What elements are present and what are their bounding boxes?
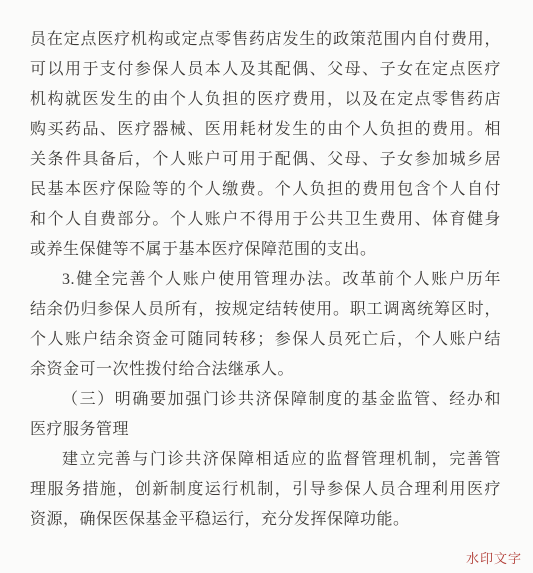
text-line: 员在定点医疗机构或定点零售药店发生的政策范围内自付费用，: [30, 25, 501, 55]
text-line: 和个人自费部分。个人账户不得用于公共卫生费用、体育健身: [30, 205, 501, 235]
text-line: 可以用于支付参保人员本人及其配偶、父母、子女在定点医疗: [30, 55, 501, 85]
text-line: 余资金可一次性拨付给合法继承人。: [30, 355, 501, 385]
text-line: 或养生保健等不属于基本医疗保障范围的支出。: [30, 235, 501, 265]
watermark-text: 水印文字: [466, 551, 522, 567]
text-line: 结余仍归参保人员所有，按规定结转使用。职工调离统筹区时，: [30, 295, 501, 325]
text-line: 个人账户结余资金可随同转移；参保人员死亡后，个人账户结: [30, 325, 501, 355]
text-line: 建立完善与门诊共济保障相适应的监督管理机制，完善管: [30, 445, 501, 475]
text-line: 民基本医疗保险等的个人缴费。个人负担的费用包含个人自付: [30, 175, 501, 205]
text-line: （三）明确要加强门诊共济保障制度的基金监管、经办和: [30, 385, 501, 415]
document-body: 员在定点医疗机构或定点零售药店发生的政策范围内自付费用，可以用于支付参保人员本人…: [30, 25, 501, 535]
text-line: 3.健全完善个人账户使用管理办法。改革前个人账户历年: [30, 265, 501, 295]
text-line: 理服务措施，创新制度运行机制，引导参保人员合理利用医疗: [30, 475, 501, 505]
scanned-document-page: 员在定点医疗机构或定点零售药店发生的政策范围内自付费用，可以用于支付参保人员本人…: [0, 0, 533, 573]
text-line: 机构就医发生的由个人负担的医疗费用，以及在定点零售药店: [30, 85, 501, 115]
text-line: 关条件具备后，个人账户可用于配偶、父母、子女参加城乡居: [30, 145, 501, 175]
text-line: 购买药品、医疗器械、医用耗材发生的由个人负担的费用。相: [30, 115, 501, 145]
text-line: 资源，确保医保基金平稳运行，充分发挥保障功能。: [30, 505, 501, 535]
text-line: 医疗服务管理: [30, 415, 501, 445]
